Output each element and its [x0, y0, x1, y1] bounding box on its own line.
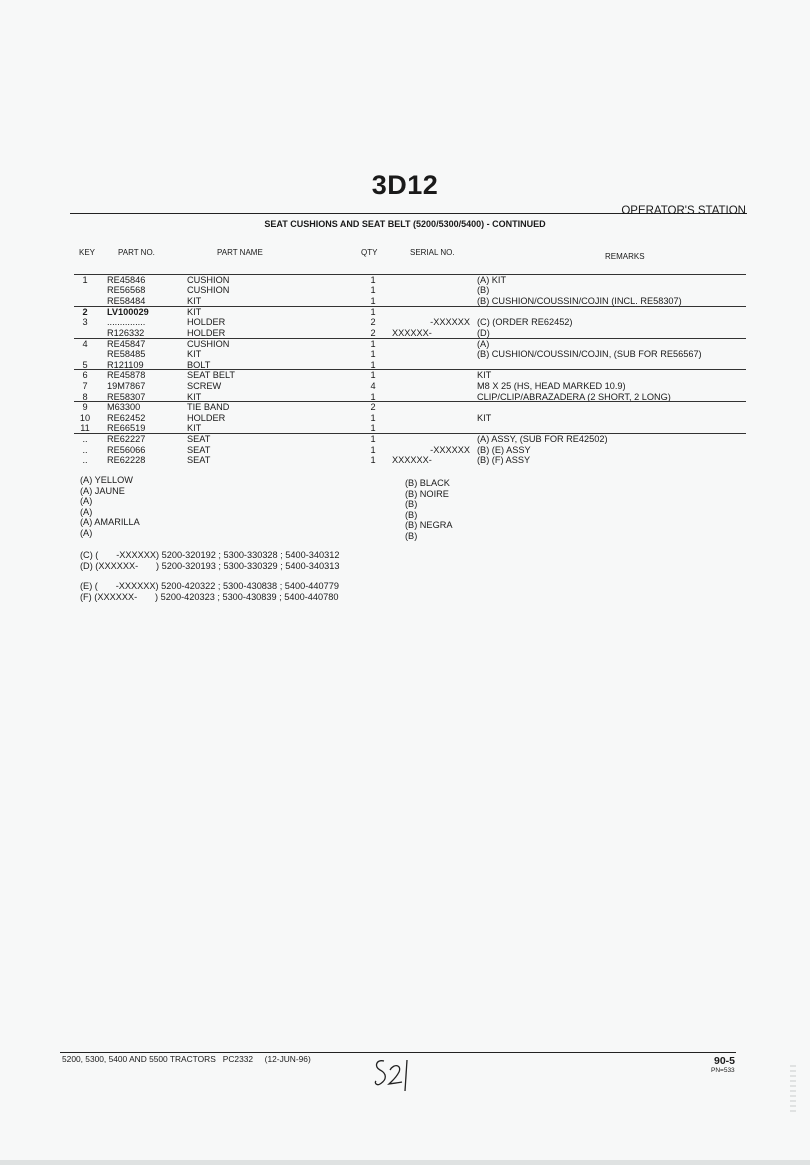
footer-rule — [60, 1052, 736, 1053]
key-cell: 6 — [78, 370, 92, 381]
serial-no-cell: -XXXXXX — [380, 317, 470, 328]
table-row: RE58485KIT1(B) CUSHION/COUSSIN/COJIN, (S… — [0, 349, 810, 360]
qty-cell: 1 — [368, 285, 378, 296]
row-separator — [74, 274, 746, 275]
table-row: 9M63300TIE BAND2 — [0, 402, 810, 413]
row-separator — [74, 401, 746, 402]
color-note: (A) — [80, 496, 92, 507]
qty-cell: 1 — [368, 455, 378, 466]
part-name-cell: SEAT — [187, 455, 210, 466]
part-name-cell: CUSHION — [187, 285, 229, 296]
remarks-cell: M8 X 25 (HS, HEAD MARKED 10.9) — [477, 381, 626, 392]
qty-cell: 4 — [368, 381, 378, 392]
key-cell: .. — [78, 434, 92, 445]
table-row: 719M7867SCREW4M8 X 25 (HS, HEAD MARKED 1… — [0, 381, 810, 392]
scan-edge — [0, 1160, 810, 1165]
key-cell: 7 — [78, 381, 92, 392]
remarks-cell: (B) (F) ASSY — [477, 455, 530, 466]
page-number: 90-5 — [714, 1055, 735, 1067]
handwritten-annotation — [372, 1057, 416, 1100]
key-cell: 9 — [78, 402, 92, 413]
part-number-cell: RE62228 — [107, 455, 145, 466]
serial-note: (F) (XXXXXX- ) 5200-420323 ; 5300-430839… — [80, 592, 338, 603]
remarks-cell: (B) — [477, 285, 489, 296]
color-note: (A) — [80, 507, 92, 518]
part-name-cell: TIE BAND — [187, 402, 229, 413]
color-note: (A) YELLOW — [80, 475, 133, 486]
scan-artifact — [790, 1065, 796, 1115]
part-number-cell: 19M7867 — [107, 381, 145, 392]
part-name-cell: SCREW — [187, 381, 221, 392]
qty-cell: 1 — [368, 349, 378, 360]
pn-number: PN=533 — [711, 1067, 735, 1074]
qty-cell: 1 — [368, 370, 378, 381]
remarks-cell: KIT — [477, 370, 491, 381]
color-note: (B) NEGRA — [405, 520, 452, 531]
section-title: OPERATOR'S STATION — [621, 205, 746, 217]
part-name-cell: KIT — [187, 349, 201, 360]
color-note: (A) JAUNE — [80, 486, 125, 497]
table-row: 6RE45878SEAT BELT1KIT — [0, 370, 810, 381]
color-note: (B) — [405, 510, 417, 521]
col-part-no: PART NO. — [118, 248, 155, 257]
serial-no-cell: XXXXXX- — [392, 455, 482, 466]
page-code: 3D12 — [0, 170, 810, 201]
serial-note: (E) ( -XXXXXX) 5200-420322 ; 5300-430838… — [80, 581, 339, 592]
row-separator — [74, 306, 746, 307]
footer-text: 5200, 5300, 5400 AND 5500 TRACTORS PC233… — [62, 1054, 311, 1064]
part-name-cell: SEAT — [187, 434, 210, 445]
qty-cell: 1 — [368, 434, 378, 445]
color-note: (B) NOIRE — [405, 489, 449, 500]
color-note: (B) — [405, 531, 417, 542]
qty-cell: 2 — [368, 317, 378, 328]
table-row: ..RE62227SEAT1(A) ASSY, (SUB FOR RE42502… — [0, 434, 810, 445]
row-separator — [74, 433, 746, 434]
serial-note: (C) ( -XXXXXX) 5200-320192 ; 5300-330328… — [80, 550, 339, 561]
table-row: ..RE62228SEAT1XXXXXX-(B) (F) ASSY — [0, 455, 810, 466]
col-qty: QTY — [361, 248, 377, 257]
remarks-cell: (B) CUSHION/COUSSIN/COJIN, (SUB FOR RE56… — [477, 349, 702, 360]
key-cell: 3 — [78, 317, 92, 328]
color-note: (B) BLACK — [405, 478, 450, 489]
col-part-name: PART NAME — [217, 248, 263, 257]
key-cell: .. — [78, 455, 92, 466]
part-number-cell: RE58485 — [107, 349, 145, 360]
subtitle: SEAT CUSHIONS AND SEAT BELT (5200/5300/5… — [0, 219, 810, 229]
table-row: 3...............HOLDER2-XXXXXX(C) (ORDER… — [0, 317, 810, 328]
part-number-cell: M63300 — [107, 402, 140, 413]
col-serial-no: SERIAL NO. — [410, 248, 455, 257]
part-number-cell: RE45878 — [107, 370, 145, 381]
col-remarks: REMARKS — [605, 252, 645, 261]
part-number-cell: RE56568 — [107, 285, 145, 296]
table-row: RE56568CUSHION1(B) — [0, 285, 810, 296]
part-name-cell: SEAT BELT — [187, 370, 235, 381]
part-number-cell: RE62227 — [107, 434, 145, 445]
qty-cell: 2 — [368, 402, 378, 413]
color-note: (A) — [80, 528, 92, 539]
remarks-cell: (A) ASSY, (SUB FOR RE42502) — [477, 434, 608, 445]
color-note: (B) — [405, 499, 417, 510]
col-key: KEY — [79, 248, 95, 257]
part-number-cell: ............... — [107, 317, 145, 328]
row-separator — [74, 369, 746, 370]
part-name-cell: HOLDER — [187, 317, 225, 328]
row-separator — [74, 338, 746, 339]
serial-note: (D) (XXXXXX- ) 5200-320193 ; 5300-330329… — [80, 561, 339, 572]
color-note: (A) AMARILLA — [80, 517, 140, 528]
remarks-cell: (C) (ORDER RE62452) — [477, 317, 572, 328]
